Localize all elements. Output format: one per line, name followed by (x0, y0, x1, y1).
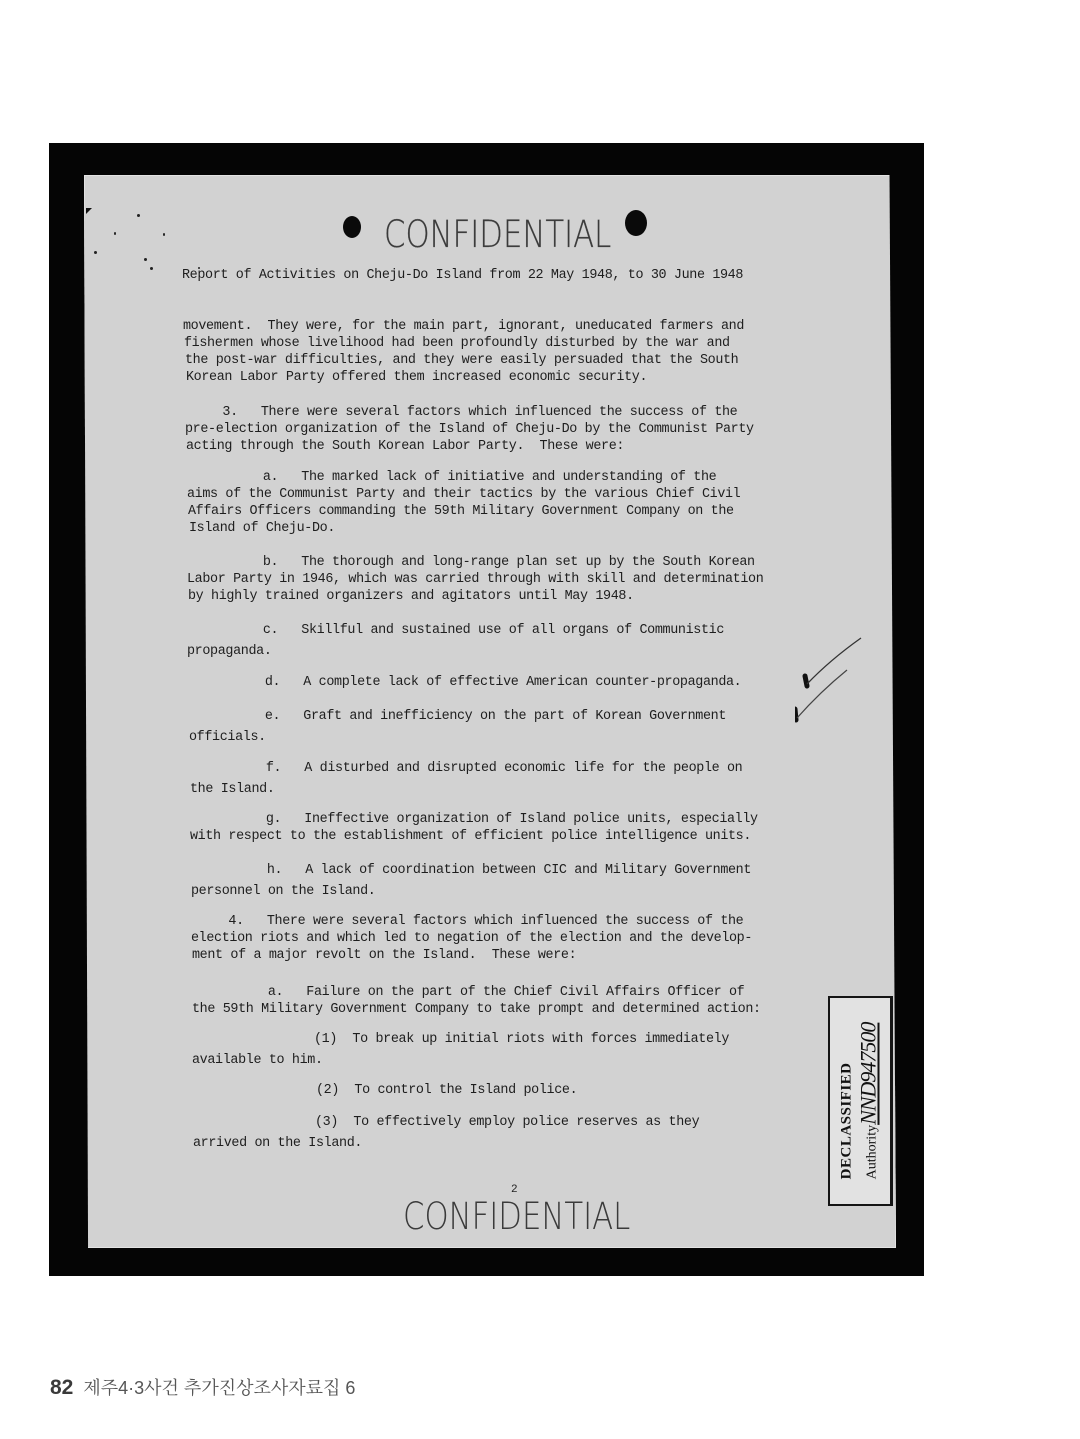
document-line: arrived on the Island. (193, 1135, 362, 1152)
document-line: acting through the South Korean Labor Pa… (186, 438, 624, 455)
document-line: the 59th Military Government Company to … (192, 1001, 761, 1018)
document-line: the Island. (190, 781, 275, 798)
document-line: propaganda. (187, 643, 272, 660)
authority-number: NND947500 (856, 1023, 881, 1125)
page-footer: 82 제주4·3사건 추가진상조사자료집 6 (50, 1374, 355, 1400)
document-line: a. The marked lack of initiative and und… (186, 469, 716, 486)
document-line: Labor Party in 1946, which was carried t… (187, 571, 763, 588)
speck (144, 258, 147, 261)
document-line: officials. (189, 729, 266, 746)
authority-label: Authority (865, 1125, 880, 1179)
document-line: e. Graft and inefficiency on the part of… (188, 708, 726, 725)
speck (94, 251, 97, 254)
document-line: (1) To break up initial riots with force… (191, 1031, 729, 1048)
checkmark-icon (795, 630, 865, 740)
punch-hole-left (343, 216, 361, 238)
document-line: (3) To effectively employ police reserve… (192, 1114, 699, 1131)
declassified-stamp: DECLASSIFIED AuthorityNND947500 (828, 996, 893, 1206)
document-line: pre-election organization of the Island … (185, 421, 754, 438)
document-line: Island of Cheju-Do. (189, 520, 335, 537)
document-line: Korean Labor Party offered them increase… (186, 369, 647, 386)
document-line: (2) To control the Island police. (193, 1082, 577, 1099)
document-line: ment of a major revolt on the Island. Th… (192, 947, 576, 964)
document-line: fishermen whose livelihood had been prof… (184, 335, 730, 352)
document-line: Affairs Officers commanding the 59th Mil… (188, 503, 734, 520)
document-line: c. Skillful and sustained use of all org… (186, 622, 724, 639)
document-line: aims of the Communist Party and their ta… (187, 486, 740, 503)
declassified-label: DECLASSIFIED (839, 1023, 856, 1180)
speck (137, 214, 140, 217)
document-line: f. A disturbed and disrupted economic li… (189, 760, 742, 777)
speck (150, 267, 153, 270)
document-line: the post-war difficulties, and they were… (185, 352, 738, 369)
report-header: Report of Activities on Cheju-Do Island … (182, 267, 743, 284)
classification-stamp-top: CONFIDENTIAL (384, 213, 611, 256)
document-line: a. Failure on the part of the Chief Civi… (191, 984, 744, 1001)
corner-mark (86, 208, 92, 214)
document-line: with respect to the establishment of eff… (190, 828, 751, 845)
footer-page-number: 82 (50, 1376, 73, 1400)
document-line: g. Ineffective organization of Island po… (189, 811, 758, 828)
speck (114, 232, 116, 235)
document-line: b. The thorough and long-range plan set … (186, 554, 755, 571)
document-line: available to him. (192, 1052, 323, 1069)
document-line: personnel on the Island. (191, 883, 375, 900)
document-line: election riots and which led to negation… (191, 930, 752, 947)
document-line: movement. They were, for the main part, … (183, 318, 744, 335)
punch-hole-right (625, 210, 647, 236)
document-line: h. A lack of coordination between CIC an… (190, 862, 751, 879)
footer-book-title: 제주4·3사건 추가진상조사자료집 6 (83, 1374, 355, 1400)
document-line: d. A complete lack of effective American… (188, 674, 741, 691)
classification-stamp-bottom: CONFIDENTIAL (403, 1195, 630, 1238)
document-line: 4. There were several factors which infl… (190, 913, 743, 930)
document-line: 3. There were several factors which infl… (184, 404, 737, 421)
document-line: by highly trained organizers and agitato… (188, 588, 634, 605)
speck (163, 233, 165, 236)
